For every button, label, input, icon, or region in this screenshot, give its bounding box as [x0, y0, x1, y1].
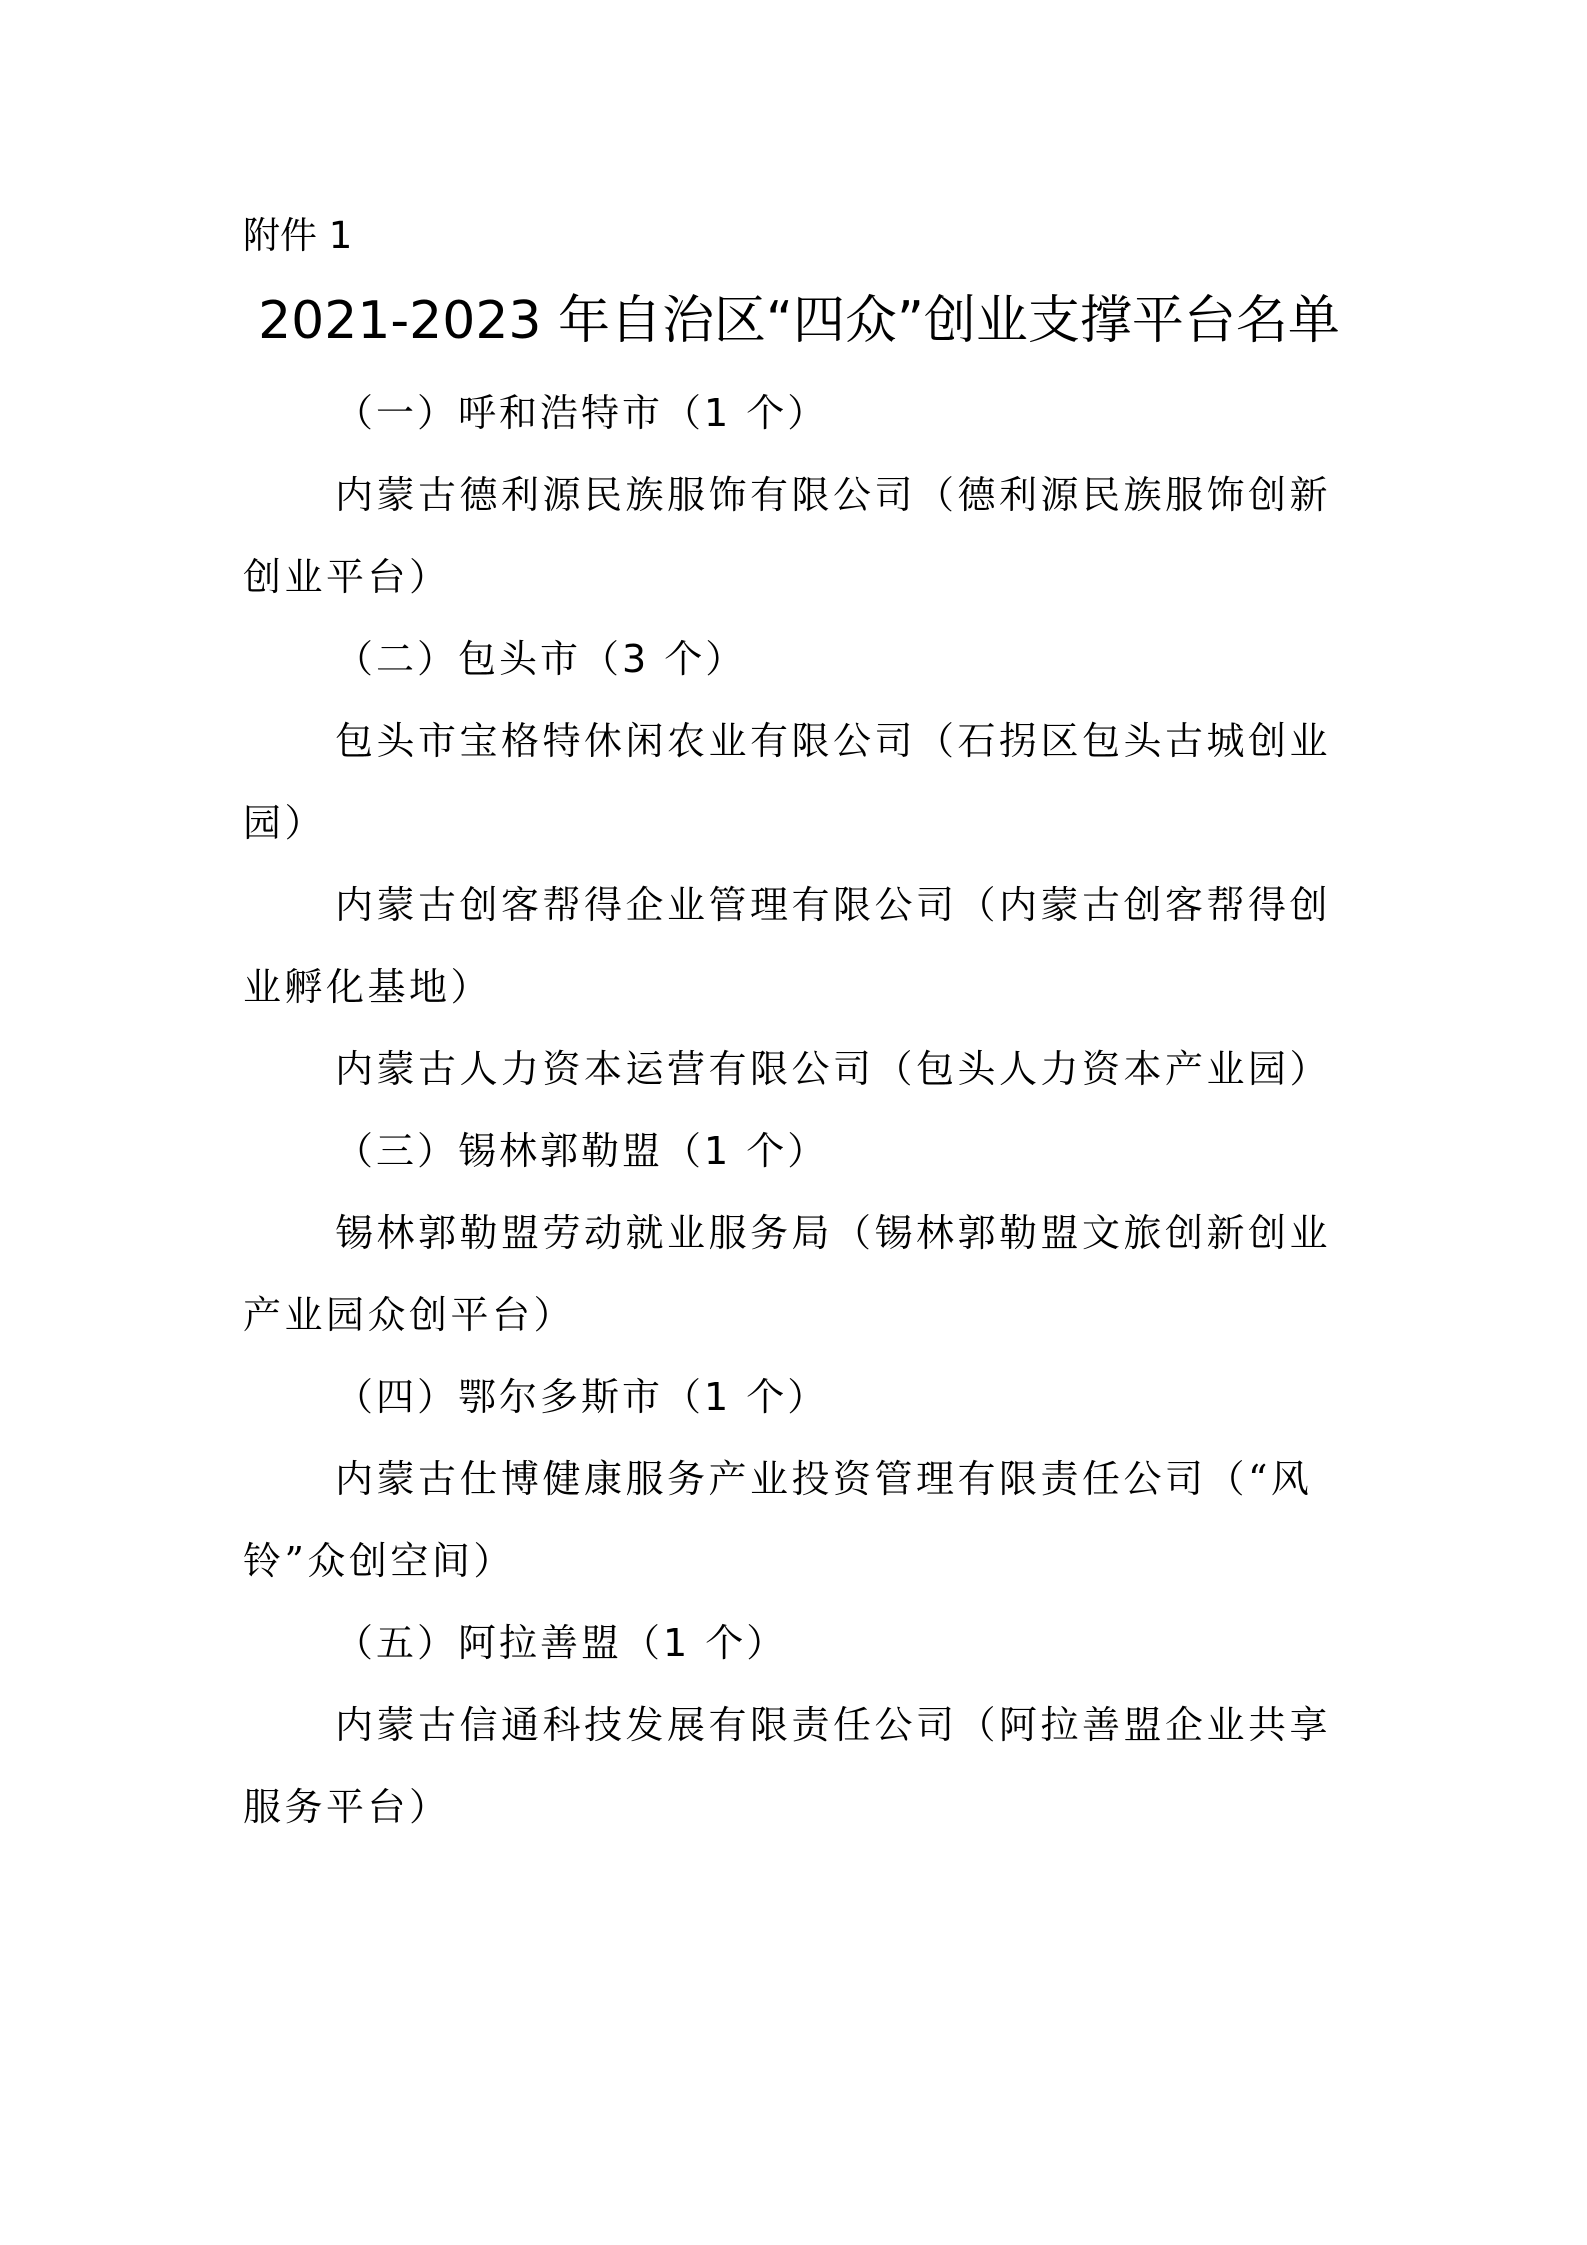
section-heading: （四）鄂尔多斯市（1 个） [243, 1356, 1359, 1438]
entry-line: 产业园众创平台） [243, 1274, 1359, 1356]
document-title: 2021-2023 年自治区“四众”创业支撑平台名单 [243, 286, 1355, 356]
entry-line: 内蒙古人力资本运营有限公司（包头人力资本产业园） [243, 1028, 1359, 1110]
section-heading: （一）呼和浩特市（1 个） [243, 372, 1359, 454]
document-body: （一）呼和浩特市（1 个） 内蒙古德利源民族服饰有限公司（德利源民族服饰创新 创… [243, 372, 1359, 1848]
list-item: 锡林郭勒盟劳动就业服务局（锡林郭勒盟文旅创新创业 产业园众创平台） [243, 1192, 1359, 1356]
attachment-label: 附件 1 [243, 212, 352, 260]
entry-line: 服务平台） [243, 1766, 1359, 1848]
list-item: 内蒙古德利源民族服饰有限公司（德利源民族服饰创新 创业平台） [243, 454, 1359, 618]
entry-line: 园） [243, 782, 1359, 864]
list-item: 内蒙古仕博健康服务产业投资管理有限责任公司（“风 铃”众创空间） [243, 1438, 1359, 1602]
section-alxa: （五）阿拉善盟（1 个） 内蒙古信通科技发展有限责任公司（阿拉善盟企业共享 服务… [243, 1602, 1359, 1848]
entry-line: 内蒙古德利源民族服饰有限公司（德利源民族服饰创新 [243, 454, 1359, 536]
entry-line: 铃”众创空间） [243, 1520, 1359, 1602]
document-page: 附件 1 2021-2023 年自治区“四众”创业支撑平台名单 （一）呼和浩特市… [0, 0, 1587, 2245]
entry-line: 锡林郭勒盟劳动就业服务局（锡林郭勒盟文旅创新创业 [243, 1192, 1359, 1274]
section-baotou: （二）包头市（3 个） 包头市宝格特休闲农业有限公司（石拐区包头古城创业 园） … [243, 618, 1359, 1110]
entry-line: 业孵化基地） [243, 946, 1359, 1028]
section-ordos: （四）鄂尔多斯市（1 个） 内蒙古仕博健康服务产业投资管理有限责任公司（“风 铃… [243, 1356, 1359, 1602]
entry-line: 创业平台） [243, 536, 1359, 618]
list-item: 内蒙古信通科技发展有限责任公司（阿拉善盟企业共享 服务平台） [243, 1684, 1359, 1848]
list-item: 包头市宝格特休闲农业有限公司（石拐区包头古城创业 园） [243, 700, 1359, 864]
entry-line: 内蒙古创客帮得企业管理有限公司（内蒙古创客帮得创 [243, 864, 1359, 946]
section-hohhot: （一）呼和浩特市（1 个） 内蒙古德利源民族服饰有限公司（德利源民族服饰创新 创… [243, 372, 1359, 618]
list-item: 内蒙古人力资本运营有限公司（包头人力资本产业园） [243, 1028, 1359, 1110]
entry-line: 包头市宝格特休闲农业有限公司（石拐区包头古城创业 [243, 700, 1359, 782]
list-item: 内蒙古创客帮得企业管理有限公司（内蒙古创客帮得创 业孵化基地） [243, 864, 1359, 1028]
entry-line: 内蒙古仕博健康服务产业投资管理有限责任公司（“风 [243, 1438, 1359, 1520]
section-xilingol: （三）锡林郭勒盟（1 个） 锡林郭勒盟劳动就业服务局（锡林郭勒盟文旅创新创业 产… [243, 1110, 1359, 1356]
section-heading: （五）阿拉善盟（1 个） [243, 1602, 1359, 1684]
section-heading: （二）包头市（3 个） [243, 618, 1359, 700]
entry-line: 内蒙古信通科技发展有限责任公司（阿拉善盟企业共享 [243, 1684, 1359, 1766]
section-heading: （三）锡林郭勒盟（1 个） [243, 1110, 1359, 1192]
